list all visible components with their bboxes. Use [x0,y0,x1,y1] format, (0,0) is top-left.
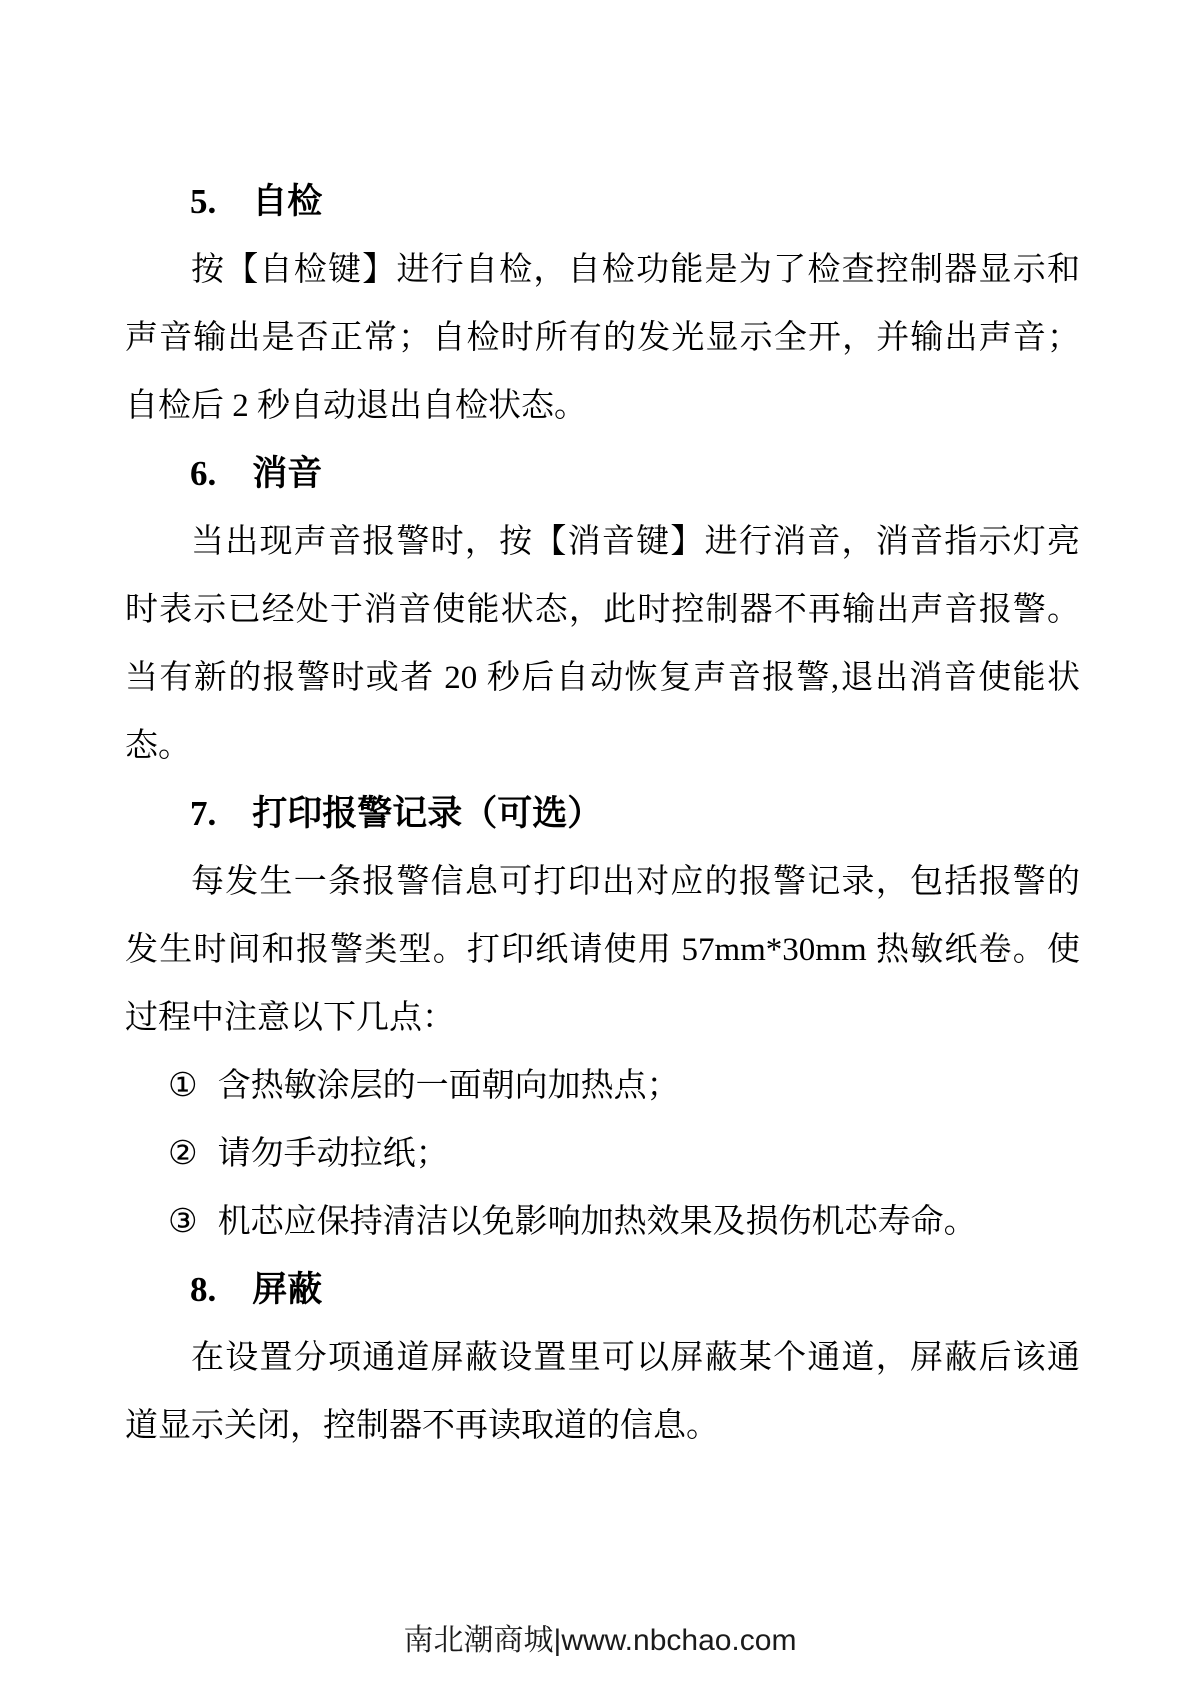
section-heading: 7.打印报警记录（可选） [125,780,1080,848]
list-item-text: 请勿手动拉纸； [218,1136,449,1172]
section-number: 5. [190,168,216,236]
list-item: ①含热敏涂层的一面朝向加热点； [125,1052,1080,1120]
section-heading: 6.消音 [125,440,1080,508]
paragraph-line: 时表示已经处于消音使能状态，此时控制器不再输出声音报警。 [125,576,1080,644]
paragraph-line: 自检后 2 秒自动退出自检状态。 [125,372,1080,440]
document-content: 5.自检按【自检键】进行自检，自检功能是为了检查控制器显示和声音输出是否正常；自… [125,168,1080,1460]
paragraph-line: 在设置分项通道屏蔽设置里可以屏蔽某个通道，屏蔽后该通 [125,1324,1080,1392]
list-marker: ① [168,1052,198,1120]
section-title: 自检 [252,182,322,221]
paragraph-line: 道显示关闭，控制器不再读取道的信息。 [125,1392,1080,1460]
list-item-text: 含热敏涂层的一面朝向加热点； [218,1068,680,1104]
paragraph-line: 当出现声音报警时，按【消音键】进行消音，消音指示灯亮 [125,508,1080,576]
paragraph-line: 过程中注意以下几点： [125,984,1080,1052]
paragraph-line: 每发生一条报警信息可打印出对应的报警记录，包括报警的 [125,848,1080,916]
list-item-text: 机芯应保持清洁以免影响加热效果及损伤机芯寿命。 [218,1204,977,1240]
section-heading: 8.屏蔽 [125,1256,1080,1324]
list-marker: ③ [168,1188,198,1256]
paragraph-line: 发生时间和报警类型。打印纸请使用 57mm*30mm 热敏纸卷。使用 [125,916,1080,984]
section-number: 7. [190,780,216,848]
list-item: ③机芯应保持清洁以免影响加热效果及损伤机芯寿命。 [125,1188,1080,1256]
section-number: 8. [190,1256,216,1324]
section-title: 消音 [252,454,322,493]
paragraph-line: 声音输出是否正常；自检时所有的发光显示全开，并输出声音； [125,304,1080,372]
section-heading: 5.自检 [125,168,1080,236]
section-title: 屏蔽 [252,1270,322,1309]
paragraph-line: 按【自检键】进行自检，自检功能是为了检查控制器显示和 [125,236,1080,304]
list-item: ②请勿手动拉纸； [125,1120,1080,1188]
document-page: 5.自检按【自检键】进行自检，自检功能是为了检查控制器显示和声音输出是否正常；自… [0,0,1200,1696]
section-number: 6. [190,440,216,508]
list-marker: ② [168,1120,198,1188]
paragraph-line: 当有新的报警时或者 20 秒后自动恢复声音报警,退出消音使能状 [125,644,1080,712]
section-title: 打印报警记录（可选） [252,794,602,833]
footer-watermark: 南北潮商城|www.nbchao.com [0,1622,1200,1660]
paragraph-line: 态。 [125,712,1080,780]
